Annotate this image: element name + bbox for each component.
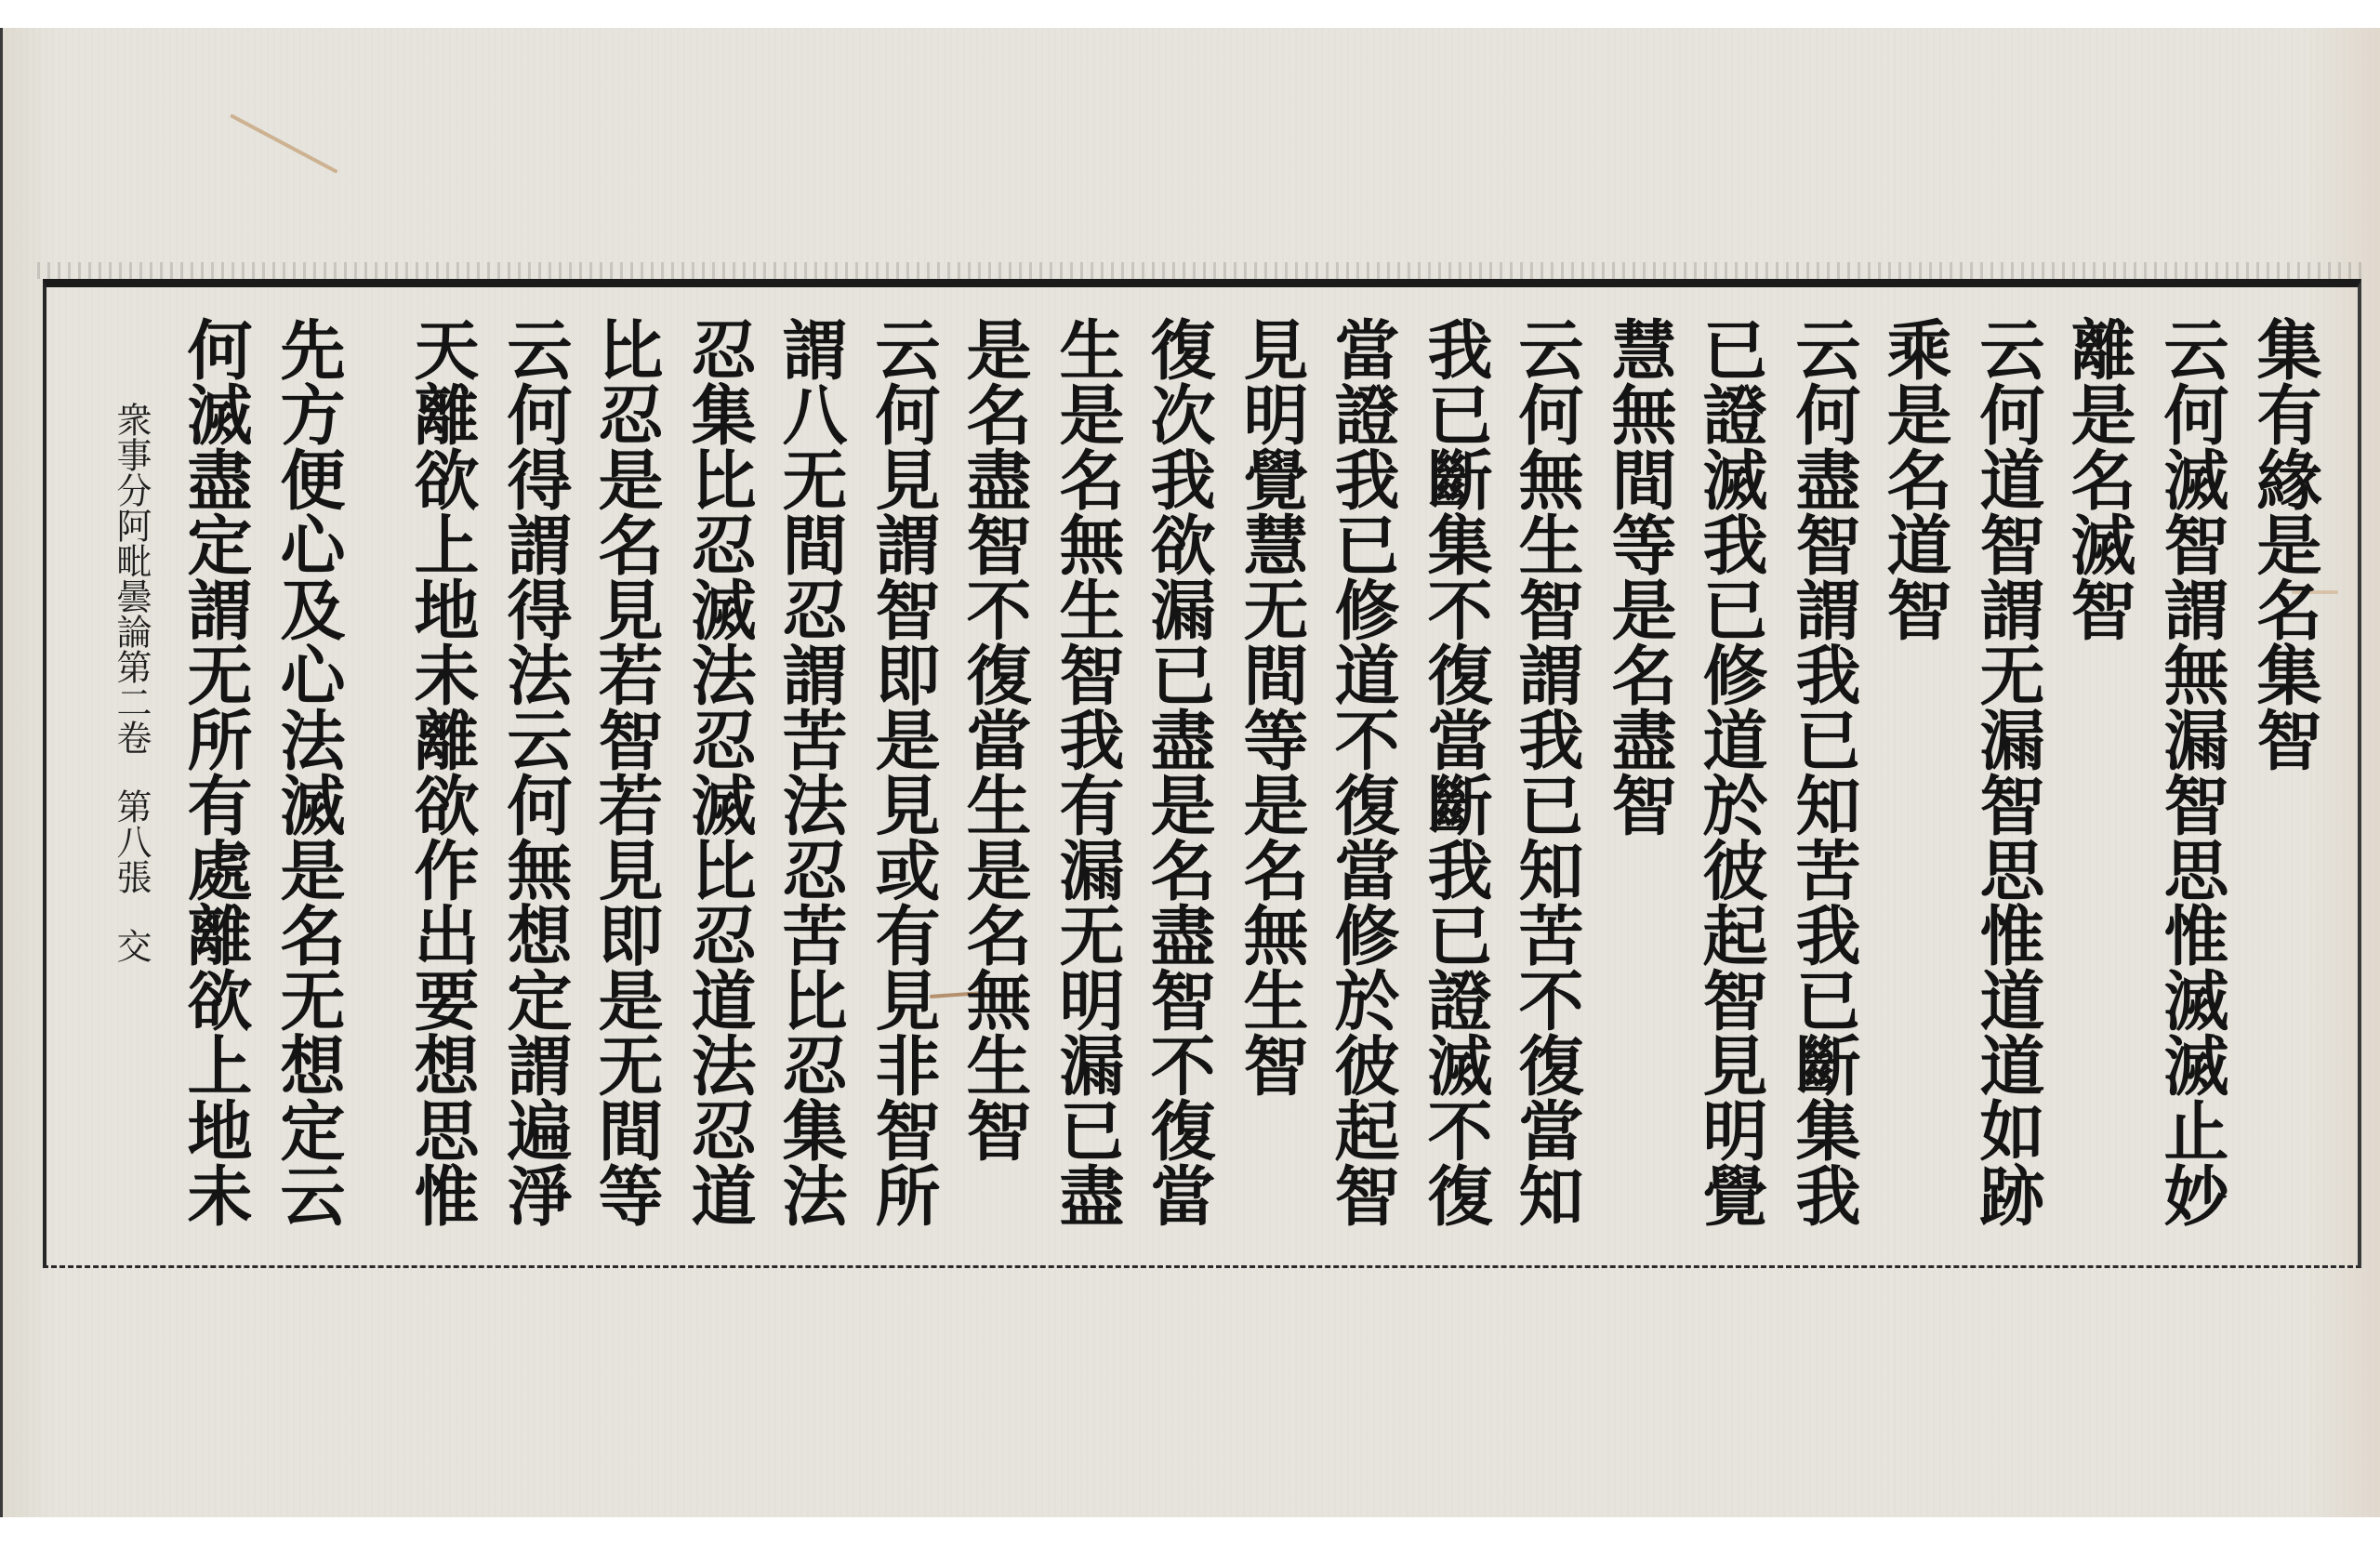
text-column: 生是名無生智我有漏无明漏已盡: [1054, 316, 1119, 1227]
text-column: 云何無生智謂我已知苦不復當知: [1514, 316, 1579, 1227]
text-column: 乘是名道智: [1882, 316, 1947, 641]
margin-note-mark: 交: [111, 928, 152, 963]
text-column: 見明覺慧无間等是名無生智: [1238, 316, 1303, 1097]
text-column: 我已斷集不復當斷我已證滅不復: [1422, 316, 1487, 1227]
text-column: 謂八无間忍謂苦法忍苦比忍集法: [777, 316, 842, 1227]
frame-ink-speckle: [37, 262, 2361, 279]
text-column: 云何得謂得法云何無想定謂遍淨: [502, 316, 567, 1227]
text-column: 云何道智謂无漏智思惟道道如跡: [1975, 316, 2040, 1227]
text-column: 先方便心及心法滅是名无想定云: [275, 316, 340, 1227]
page-edge: [0, 28, 3, 1517]
text-column: 已證滅我已修道於彼起智見明覺: [1698, 316, 1763, 1227]
text-column: 復次我欲漏已盡是名盡智不復當: [1145, 316, 1210, 1227]
text-column: 離是名滅智: [2066, 316, 2131, 641]
text-column: 何滅盡定謂无所有處離欲上地未: [182, 316, 247, 1227]
text-column: 云何滅智謂無漏智思惟滅滅止妙: [2159, 316, 2224, 1227]
margin-note-title: 衆事分阿毗曇論第二卷: [111, 402, 152, 755]
margin-note: 衆事分阿毗曇論第二卷第八張交: [113, 402, 149, 963]
paper-stain: [230, 113, 338, 174]
text-column: 忍集比忍滅法忍滅比忍道法忍道: [686, 316, 751, 1227]
text-column: 集有緣是名集智: [2252, 316, 2317, 772]
text-column: 是名盡智不復當生是名無生智: [961, 316, 1026, 1162]
text-column: 比忍是名見若智若見即是无間等: [593, 316, 658, 1227]
text-column: 云何見謂智即是見或有見非智所: [870, 316, 935, 1227]
margin-note-leaf: 第八張: [111, 788, 152, 894]
text-column: 慧無間等是名盡智: [1606, 316, 1672, 837]
text-column: 當證我已修道不復當修於彼起智: [1329, 316, 1395, 1227]
text-column: 天離欲上地未離欲作出要想思惟: [409, 316, 474, 1227]
text-column: 云何盡智謂我已知苦我已斷集我: [1791, 316, 1856, 1227]
